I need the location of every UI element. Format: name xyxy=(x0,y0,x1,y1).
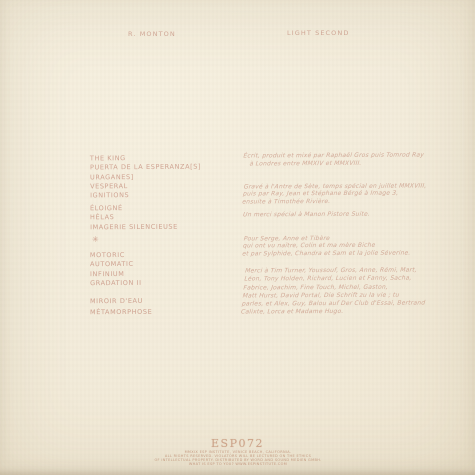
credits-line: à Londres entre MMXIV et MMXVIII. xyxy=(249,160,423,169)
credits-recording: Écrit, produit et mixé par Raphaël Gros … xyxy=(242,152,424,169)
credits-mastering: Gravé à l'Antre de Sète, temps spécial e… xyxy=(242,183,427,206)
credits-line: et par Sylphide, Chandra et Sam et la jo… xyxy=(242,249,411,257)
track-item: GRADATION II xyxy=(90,279,142,289)
credits-line: Calixte, Lorca et Madame Hugo. xyxy=(241,308,425,317)
track-item: AUTOMATIC xyxy=(90,260,142,270)
credits-line: ensuite à Timothée Rivière. xyxy=(242,197,425,205)
artist-name: R. MONTON xyxy=(128,30,176,38)
credits-dedication: Pour Serge, Anne et Tibère qui ont vu na… xyxy=(242,235,412,258)
track-item: INFINIUM xyxy=(90,269,142,279)
tracklist-group-3: MOTORIC AUTOMATIC INFINIUM GRADATION II xyxy=(90,251,142,289)
label-logo: ESP072 xyxy=(0,437,475,450)
fineprint-block: MMXIX ESP INSTITUTE, VENICE BEACH, CALIF… xyxy=(0,450,475,466)
credits-thanks: Merci à Tim Turner, Youssouf, Gros, Anne… xyxy=(241,267,429,318)
tracklist-group-2: ÉLOIGNÉ HÉLAS IMAGERIE SILENCIEUSE xyxy=(90,204,178,233)
track-item: PUERTA DE LA ESPERANZA[S] xyxy=(90,163,201,173)
track-item: MOTORIC xyxy=(90,251,142,261)
credits-line: Léon, Tony Holden, Richard, Lucien et Fa… xyxy=(244,275,428,284)
divider-symbol: ✳ xyxy=(92,235,99,244)
album-title: LIGHT SECOND xyxy=(287,29,349,37)
tracklist-group-1: THE KING PUERTA DE LA ESPERANZA[S] URAGA… xyxy=(90,154,202,201)
tracklist-group-4: MIROIR D'EAU MÉTAMORPHOSE xyxy=(90,296,152,318)
track-item: IMAGERIE SILENCIEUSE xyxy=(90,222,178,232)
credits-line: Un merci spécial à Manon Pistore Suite. xyxy=(243,211,371,219)
fineprint-line: WHAT IS ESP TO YOU? WWW.ESPINSTITUTE.COM xyxy=(0,462,475,466)
track-item: MIROIR D'EAU xyxy=(90,296,152,307)
credits-special-mention: Un merci spécial à Manon Pistore Suite. xyxy=(243,211,371,219)
track-item: IGNITIONS xyxy=(90,191,201,201)
album-back-cover: R. MONTON LIGHT SECOND THE KING PUERTA D… xyxy=(0,0,475,475)
track-item: MÉTAMORPHOSE xyxy=(90,307,152,318)
